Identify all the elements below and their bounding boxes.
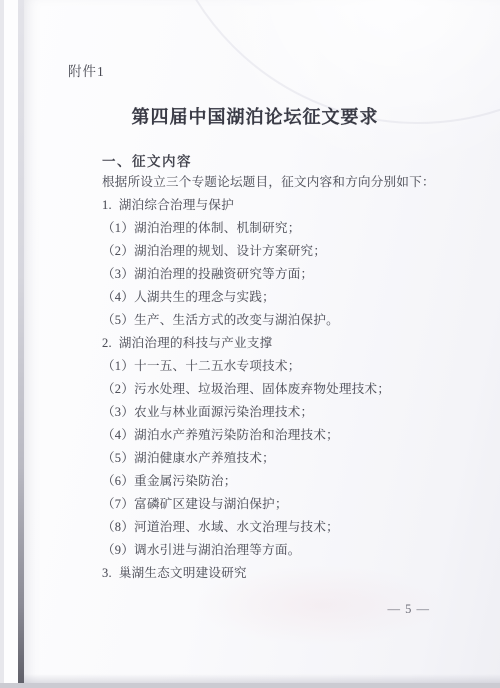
topic-2-heading: 2. 湖泊治理的科技与产业支撑: [102, 332, 482, 355]
scan-bottom-edge: [0, 683, 500, 688]
body-line: （9）调水引进与湖泊治理等方面。: [102, 539, 482, 562]
attachment-label: 附件1: [68, 60, 105, 80]
document-title: 第四届中国湖泊论坛征文要求: [10, 103, 500, 129]
body-line: （5）生产、生活方式的改变与湖泊保护。: [102, 309, 482, 332]
body-line: （7）富磷矿区建设与湖泊保护；: [102, 493, 482, 516]
body-line: （8）河道治理、水域、水文治理与技术；: [102, 516, 482, 539]
body-line: （4）湖泊水产养殖污染防治和治理技术；: [102, 424, 482, 447]
topic-1-heading: 1. 湖泊综合治理与保护: [102, 194, 482, 217]
document-body: 根据所设立三个专题论坛题目，征文内容和方向分别如下： 1. 湖泊综合治理与保护 …: [102, 171, 482, 585]
page-number: — 5 —: [388, 602, 431, 617]
page-curl-highlight: [24, 0, 500, 200]
body-line: （3）农业与林业面源污染治理技术；: [102, 401, 482, 424]
section-heading: 一、征文内容: [102, 150, 192, 170]
body-line: （6）重金属污染防治；: [102, 470, 482, 493]
body-line: （5）湖泊健康水产养殖技术；: [102, 447, 482, 470]
body-line: （3）湖泊治理的投融资研究等方面；: [102, 263, 482, 286]
body-line: （1）十一五、十二五水专项技术；: [102, 355, 482, 378]
scanned-document-page: 附件1 第四届中国湖泊论坛征文要求 一、征文内容 根据所设立三个专题论坛题目，征…: [0, 0, 500, 688]
topic-3-heading: 3. 巢湖生态文明建设研究: [102, 562, 482, 585]
body-line: （1）湖泊治理的体制、机制研究；: [102, 217, 482, 240]
bottom-page-shadow: [24, 674, 500, 683]
intro-line: 根据所设立三个专题论坛题目，征文内容和方向分别如下：: [102, 171, 482, 194]
body-line: （2）污水处理、垃圾治理、固体废弃物处理技术；: [102, 378, 482, 401]
body-line: （4）人湖共生的理念与实践；: [102, 286, 482, 309]
body-line: （2）湖泊治理的规划、设计方案研究；: [102, 240, 482, 263]
